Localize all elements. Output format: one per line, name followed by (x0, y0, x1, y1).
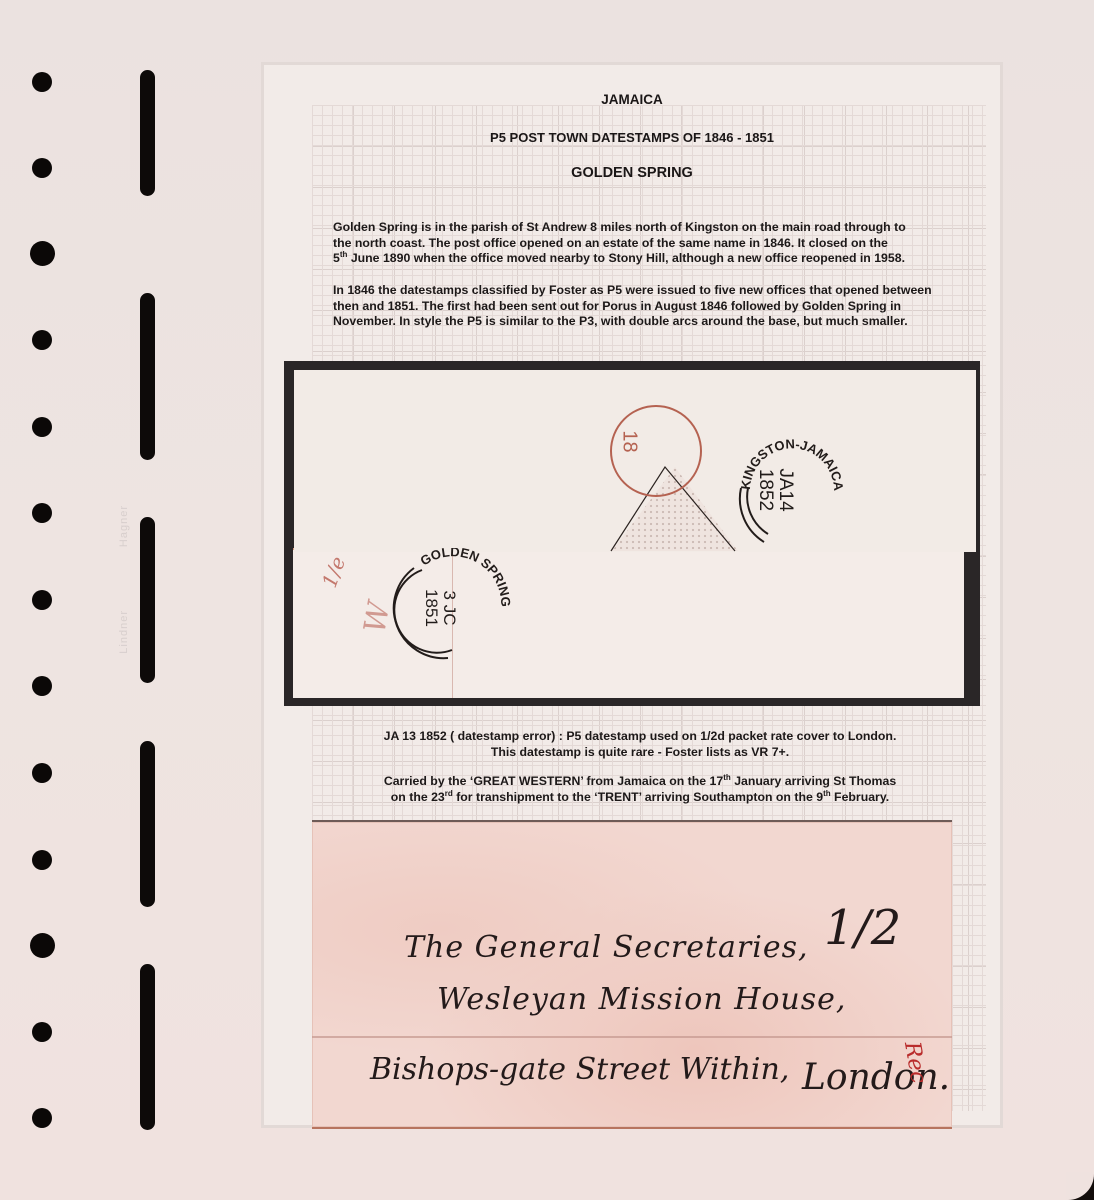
superscript: th (723, 773, 731, 782)
superscript: th (823, 788, 831, 797)
binder-hole (32, 503, 52, 523)
kingston-date-day: JA14 (775, 450, 795, 530)
caption-line: JA 13 1852 ( datestamp error) : P5 dates… (330, 729, 950, 745)
text-line: November. In style the P5 is similar to … (333, 314, 953, 330)
binder-hole (32, 72, 52, 92)
address-line-2: Wesleyan Mission House, (437, 982, 846, 1017)
text-fragment: January arriving St Thomas (731, 774, 896, 788)
text-fragment: on the 23 (391, 790, 445, 804)
cover-caption: JA 13 1852 ( datestamp error) : P5 dates… (330, 729, 950, 805)
red-postmark-year: 18 (618, 430, 641, 452)
watermark-text: Hagner (118, 505, 130, 547)
binder-hole (32, 330, 52, 350)
golden-date-day: 3 (440, 591, 459, 600)
address-line-1: The General Secretaries, (404, 930, 809, 965)
golden-postmark-date: 3 JC 1851 (422, 568, 458, 648)
text-fragment: for transhipment to the ‘TRENT’ arriving… (453, 790, 823, 804)
text-fragment: June 1890 when the office moved nearby t… (347, 251, 905, 265)
cover-front: The General Secretaries, 1/2 Wesleyan Mi… (312, 820, 952, 1129)
binder-hole (32, 850, 52, 870)
text-line: Golden Spring is in the parish of St And… (333, 220, 953, 236)
superscript: rd (445, 788, 453, 797)
binder-slot (140, 293, 155, 460)
caption-line: Carried by the ‘GREAT WESTERN’ from Jama… (330, 774, 950, 790)
binder-slot (140, 517, 155, 683)
binder-hole (32, 158, 52, 178)
caption-line: This datestamp is quite rare - Foster li… (330, 745, 950, 761)
text-line: then and 1851. The first had been sent o… (333, 299, 953, 315)
page-heading: JAMAICA (262, 92, 1002, 107)
binder-slot (140, 964, 155, 1130)
text-fragment: 5 (333, 251, 340, 265)
text-line: 5th June 1890 when the office moved near… (333, 251, 953, 267)
address-line-3: Bishops-gate Street Within, (370, 1052, 789, 1087)
text-fragment: Carried by the ‘GREAT WESTERN’ from Jama… (384, 774, 723, 788)
binder-hole (32, 590, 52, 610)
golden-date-month: JC (440, 605, 459, 626)
binder-hole (32, 417, 52, 437)
kingston-date-year: 1852 (755, 450, 775, 530)
section-title: GOLDEN SPRING (262, 165, 1002, 181)
fold-line (312, 1036, 952, 1038)
kingston-postmark-date: JA14 1852 (755, 450, 795, 530)
binder-hole (32, 676, 52, 696)
text-line: the north coast. The post office opened … (333, 236, 953, 252)
text-fragment: February. (831, 790, 890, 804)
watermark-text: Lindner (118, 610, 130, 654)
binder-hole (30, 241, 55, 266)
intro-paragraph-1: Golden Spring is in the parish of St And… (333, 220, 953, 267)
intro-paragraph-2: In 1846 the datestamps classified by Fos… (333, 283, 953, 330)
red-manuscript-signature: W (358, 599, 398, 635)
page-subheading: P5 POST TOWN DATESTAMPS OF 1846 - 1851 (262, 130, 1002, 145)
text-line: In 1846 the datestamps classified by Fos… (333, 283, 953, 299)
binder-slot (140, 741, 155, 907)
golden-date-year: 1851 (422, 568, 440, 648)
caption-line: on the 23rd for transhipment to the ‘TRE… (330, 790, 950, 806)
binder-hole (32, 1022, 52, 1042)
binder-hole (32, 1108, 52, 1128)
binder-hole (30, 933, 55, 958)
binder-hole (32, 763, 52, 783)
rate-marking: 1/2 (824, 900, 901, 956)
binder-slot (140, 70, 155, 196)
